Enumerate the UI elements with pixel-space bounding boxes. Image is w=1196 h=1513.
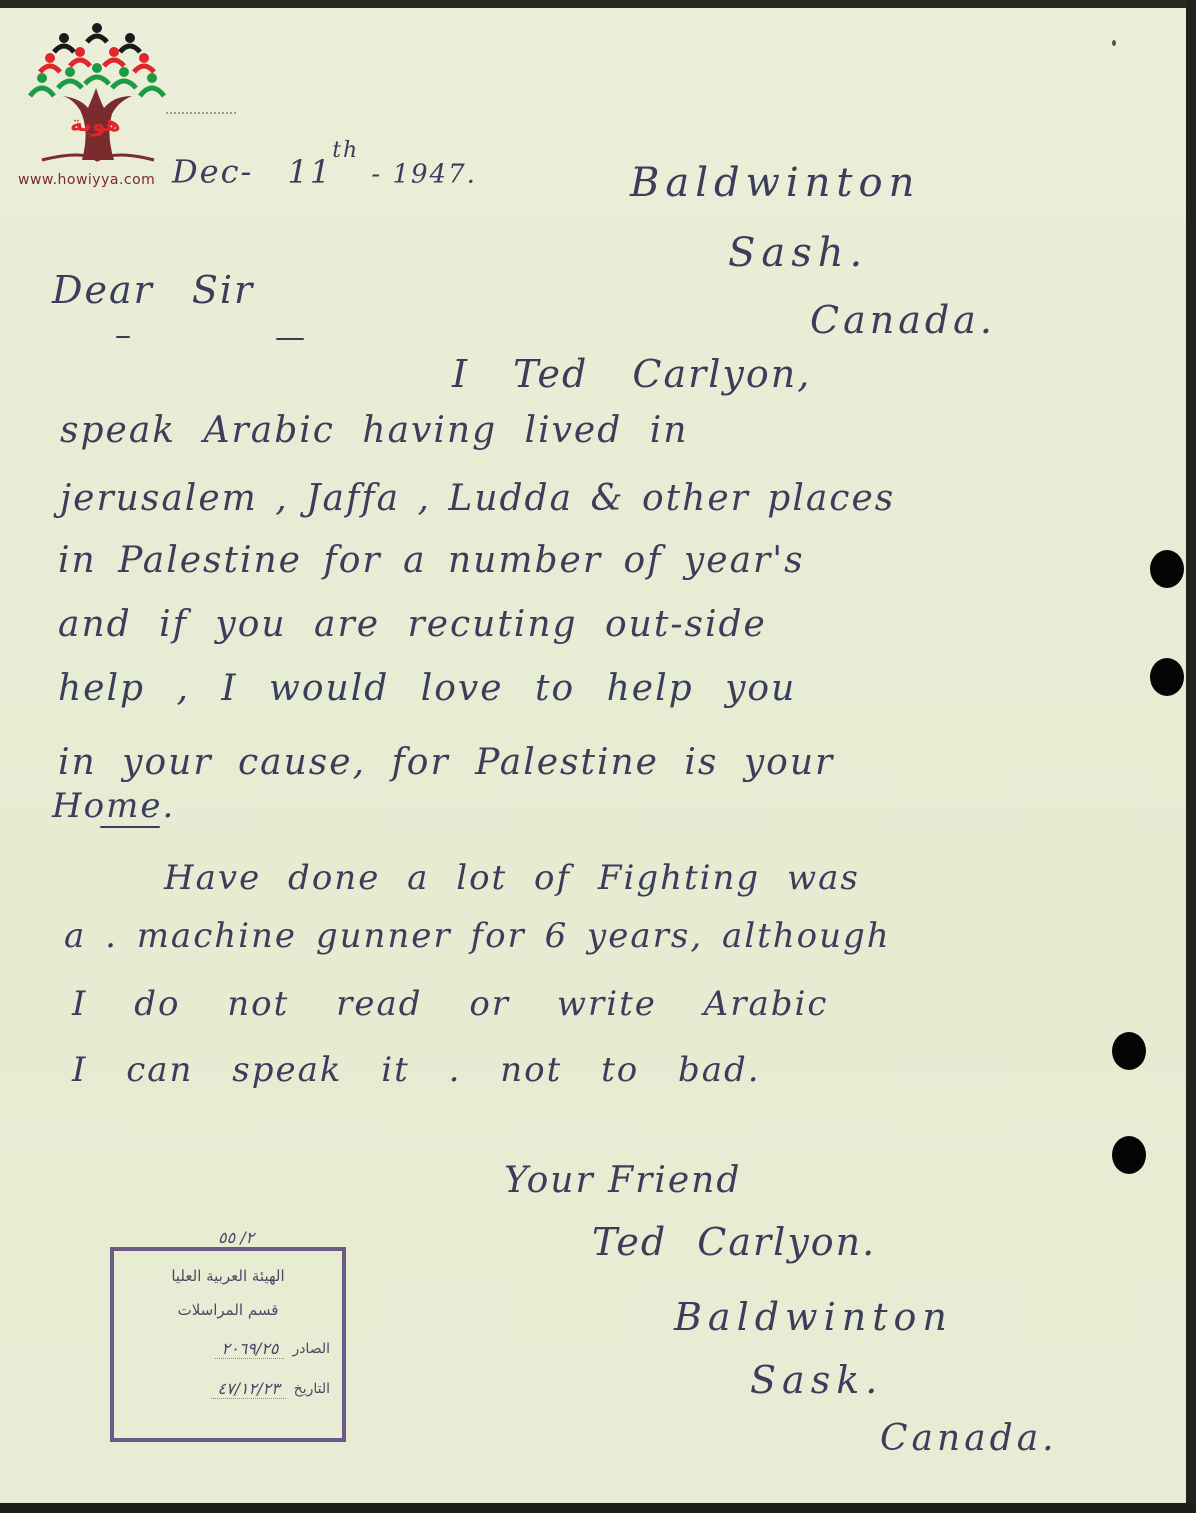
arabic-higher-committee-stamp: الهيئة العربية العليا قسم المراسلات الصا… [110,1247,346,1442]
stamp-date-value: ٤٧/١٢/٢٣ [211,1379,285,1399]
salutation: Dear Sir [52,268,254,312]
scan-border-bottom [0,1503,1196,1513]
body-line: Have done a lot of Fighting was [164,858,860,898]
stamp-date-label: التاريخ [294,1381,330,1397]
punch-hole [1112,1136,1146,1174]
punch-hole [1112,1032,1146,1070]
howiyya-logo[interactable]: هوية www.howiyya.com [18,20,178,195]
tree-people-icon [22,20,172,170]
body-line: in your cause, for Palestine is your [58,742,834,783]
stamp-outgoing-value: ٢٠٦٩/٢٥ [215,1339,284,1359]
closing: Your Friend [504,1160,741,1201]
punch-hole [1150,550,1184,588]
date-suffix: th [332,138,359,163]
signature-address-3: Canada. [880,1418,1058,1459]
stamp-department: قسم المراسلات [114,1301,342,1319]
salutation-underline [276,338,304,340]
scan-speck [1112,40,1116,46]
body-line: speak Arabic having lived in [60,410,688,451]
punch-hole [1150,658,1184,696]
signature-address-2: Sask. [750,1358,883,1402]
body-line: and if you are recuting out-side [58,604,767,645]
stamp-outgoing-label: الصادر [292,1341,330,1357]
address-line-1: Baldwinton [630,160,920,206]
body-line: I Ted Carlyon, [452,352,811,396]
body-line: a . machine gunner for 6 years, although [64,916,891,956]
body-line: help , I would love to help you [58,668,796,709]
signature: Ted Carlyon. [592,1220,876,1264]
scan-border-top [0,0,1196,8]
letter-date: Dec- 11th - 1947. [172,152,477,191]
address-line-3: Canada. [810,298,996,342]
salutation-underline [116,336,130,338]
date-month: Dec- [172,153,253,191]
logo-site-url[interactable]: www.howiyya.com [18,172,188,188]
body-line: I do not read or write Arabic [72,984,828,1024]
scan-border-right [1186,0,1196,1513]
stamp-date-field: التاريخ ٤٧/١٢/٢٣ [126,1379,330,1399]
body-line: in Palestine for a number of year's [58,540,805,581]
date-year: - 1947. [371,160,476,190]
body-line: I can speak it . not to bad. [72,1050,761,1090]
stamp-org-name: الهيئة العربية العليا [114,1267,342,1285]
logo-arabic-wordmark: هوية [70,112,121,137]
home-underline [100,826,160,828]
date-day: 11 [288,153,333,191]
stamp-handwritten-mark: ٢/ ٥٥ [218,1228,254,1247]
stamp-outgoing-field: الصادر ٢٠٦٩/٢٥ [126,1339,330,1359]
body-line: Home. [52,786,175,826]
signature-address-1: Baldwinton [674,1295,953,1339]
address-line-2: Sash. [728,230,868,276]
body-line: jerusalem , Jaffa , Ludda & other places [60,478,895,519]
pencil-marks [166,112,236,118]
